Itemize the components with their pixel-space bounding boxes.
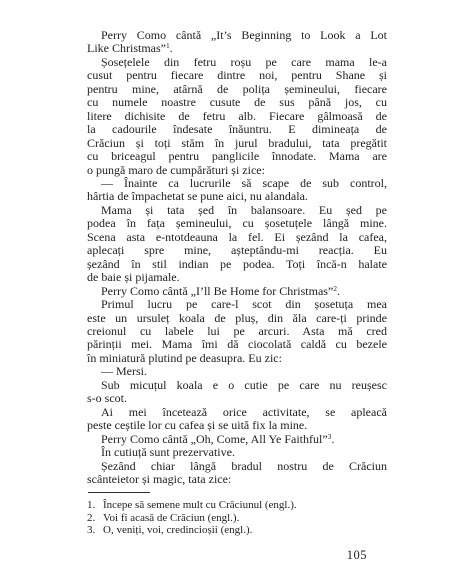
text-line: este un ursuleț koala de pluș, din ăla c… (87, 312, 387, 325)
text-line: cu numele noastre cusute de sus până jos… (87, 96, 387, 109)
text-line: În cutiuță sunt prezervative. (87, 446, 387, 459)
footnote-text: Începe să semene mult cu Crăciunul (engl… (103, 499, 387, 512)
text-line: Scena asta e-ntotdeauna la fel. Ei șezân… (87, 231, 387, 244)
text-line: Perry Como cântă „It’s Beginning to Look… (87, 29, 387, 42)
footnote-number: 1. (87, 499, 103, 512)
text-line: — Mersi. (87, 365, 387, 378)
text-line: podea în fața șemineului, cu șosetuțele … (87, 217, 387, 230)
text-line: Șezând chiar lângă bradul nostru de Crăc… (87, 460, 387, 473)
paragraph: În cutiuță sunt prezervative. (87, 446, 387, 459)
book-page: Perry Como cântă „It’s Beginning to Look… (0, 0, 452, 584)
text-line: Crăciun și toți stăm în jurul bradului, … (87, 137, 387, 150)
footnote-ref: 2 (333, 284, 337, 293)
body-text: Perry Como cântă „It’s Beginning to Look… (87, 29, 387, 486)
paragraph: Primul lucru pe care-l scot din șosetuța… (87, 298, 387, 365)
footnote-ref: 1 (166, 41, 170, 50)
footnote-text: Voi fi acasă de Crăciun (engl.). (103, 512, 387, 525)
paragraph: — Înainte ca lucrurile să scape de sub c… (87, 177, 387, 204)
text-line: Ai mei încetează orice activitate, se ap… (87, 406, 387, 419)
footnote: 3.O, veniți, voi, credincioșii (engl.). (87, 524, 387, 537)
paragraph: Sub micuțul koala e o cutie pe care nu r… (87, 379, 387, 406)
text-line: la cadourile îndesate înăuntru. E dimine… (87, 123, 387, 136)
text-line: scânteietor și magic, tata zice: (87, 473, 387, 486)
text-line: cusut pentru fiecare dintre noi, pentru … (87, 69, 387, 82)
text-line: creionul cu labele lui pe arcuri. Asta m… (87, 325, 387, 338)
text-line: Primul lucru pe care-l scot din șosetuța… (87, 298, 387, 311)
footnote-number: 2. (87, 512, 103, 525)
text-line: aplecați spre mine, așteptându-mi reacți… (87, 244, 387, 257)
text-line: pentru mine, atârnă de polița șemineului… (87, 83, 387, 96)
paragraph: Ai mei încetează orice activitate, se ap… (87, 406, 387, 433)
footnote: 2.Voi fi acasă de Crăciun (engl.). (87, 512, 387, 525)
text-line: Sub micuțul koala e o cutie pe care nu r… (87, 379, 387, 392)
text-line: șezând în stil indian pe podea. Toți înc… (87, 258, 387, 271)
page-number: 105 (347, 548, 367, 563)
footnote-ref: 3 (328, 432, 332, 441)
text-line: o pungă maro de cumpărături și zice: (87, 164, 387, 177)
paragraph: Șosețelele din fetru roșu pe care mama l… (87, 56, 387, 177)
paragraph: — Mersi. (87, 365, 387, 378)
paragraph: Perry Como cântă „I’ll Be Home for Chris… (87, 285, 387, 298)
text-line: în miniatură plutind pe deasupra. Eu zic… (87, 352, 387, 365)
text-line: părinții mei. Mama îmi dă ciocolată cald… (87, 338, 387, 351)
paragraph: Mama și tata șed în balansoare. Eu șed p… (87, 204, 387, 285)
text-line: Șosețelele din fetru roșu pe care mama l… (87, 56, 387, 69)
paragraph: Perry Como cântă „It’s Beginning to Look… (87, 29, 387, 56)
footnote: 1.Începe să semene mult cu Crăciunul (en… (87, 499, 387, 512)
text-line: hârtia de împachetat se pune aici, nu al… (87, 190, 387, 203)
text-line: peste ceștile lor cu cafea și se uită fi… (87, 419, 387, 432)
text-line: — Înainte ca lucrurile să scape de sub c… (87, 177, 387, 190)
paragraph: Perry Como cântă „Oh, Come, All Ye Faith… (87, 433, 387, 446)
text-line: Perry Como cântă „I’ll Be Home for Chris… (87, 285, 387, 298)
text-line: Like Christmas”1. (87, 42, 387, 55)
text-line: Perry Como cântă „Oh, Come, All Ye Faith… (87, 433, 387, 446)
text-line: litere dichisite de fetru alb. Fiecare g… (87, 110, 387, 123)
footnote-number: 3. (87, 524, 103, 537)
text-line: de baie și pijamale. (87, 271, 387, 284)
text-line: cu briceagul pentru panglicile înnodate.… (87, 150, 387, 163)
paragraph: Șezând chiar lângă bradul nostru de Crăc… (87, 460, 387, 487)
footnote-separator (88, 492, 150, 493)
footnote-list: 1.Începe să semene mult cu Crăciunul (en… (87, 499, 387, 537)
text-line: s-o scot. (87, 392, 387, 405)
footnote-text: O, veniți, voi, credincioșii (engl.). (103, 524, 387, 537)
text-line: Mama și tata șed în balansoare. Eu șed p… (87, 204, 387, 217)
footnote-block: 1.Începe să semene mult cu Crăciunul (en… (87, 492, 387, 537)
